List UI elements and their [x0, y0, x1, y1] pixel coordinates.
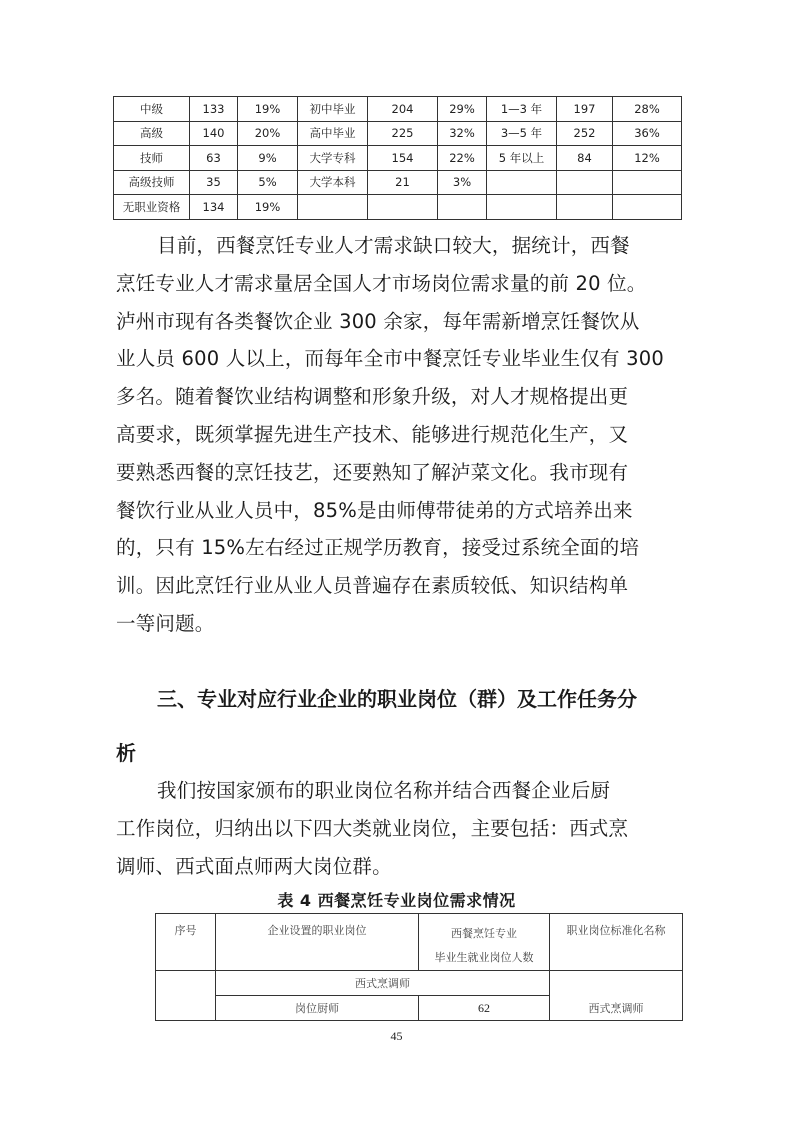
- paragraph-line: 业人员 600 人以上，而每年全市中餐烹饪专业毕业生仅有 300: [116, 340, 679, 378]
- std-name-cell: 西式烹调师: [550, 971, 683, 1021]
- positions-paragraph: 我们按国家颁布的职业岗位名称并结合西餐企业后厨 工作岗位，归纳出以下四大类就业岗…: [116, 772, 679, 885]
- table-cell: 204: [368, 97, 438, 122]
- section-heading: 三、专业对应行业企业的职业岗位（群）及工作任务分 析: [116, 672, 682, 780]
- table-cell: 20%: [238, 121, 298, 146]
- table-cell: [557, 195, 613, 220]
- table-row: 无职业资格 134 19%: [114, 195, 682, 220]
- paragraph-line: 目前，西餐烹饪专业人才需求缺口较大，据统计，西餐: [116, 227, 679, 265]
- paragraph-line: 泸州市现有各类餐饮企业 300 余家，每年需新增烹饪餐饮从: [116, 303, 679, 341]
- table-cell: 32%: [438, 121, 487, 146]
- table-cell: 22%: [438, 146, 487, 171]
- table-cell: [487, 170, 557, 195]
- page-number: 45: [0, 1029, 793, 1044]
- paragraph-line: 的，只有 15%左右经过正规学历教育，接受过系统全面的培: [116, 529, 679, 567]
- paragraph-line: 多名。随着餐饮业结构调整和形象升级，对人才规格提出更: [116, 378, 679, 416]
- group-cell: 西式烹调师: [216, 971, 550, 996]
- heading-line: 三、专业对应行业企业的职业岗位（群）及工作任务分: [116, 672, 682, 726]
- table-cell: 252: [557, 121, 613, 146]
- table-cell: 12%: [613, 146, 682, 171]
- table-cell: [613, 170, 682, 195]
- table-cell: 中级: [114, 97, 190, 122]
- table-cell: 19%: [238, 97, 298, 122]
- position-cell: 岗位厨师: [216, 996, 419, 1021]
- paragraph-line: 我们按国家颁布的职业岗位名称并结合西餐企业后厨: [116, 772, 679, 810]
- paragraph-line: 一等问题。: [116, 605, 679, 643]
- table-cell: 29%: [438, 97, 487, 122]
- table-cell: 197: [557, 97, 613, 122]
- table-cell: 3%: [438, 170, 487, 195]
- table-cell: [557, 170, 613, 195]
- position-demand-table: 序号 企业设置的职业岗位 西餐烹饪专业 毕业生就业岗位人数 职业岗位标准化名称 …: [155, 913, 683, 1021]
- table-cell: 19%: [238, 195, 298, 220]
- table-cell: 140: [190, 121, 238, 146]
- table-cell: 无职业资格: [114, 195, 190, 220]
- header-seq: 序号: [156, 914, 216, 971]
- table-cell: 1—3 年: [487, 97, 557, 122]
- table-cell: 高级技师: [114, 170, 190, 195]
- header-count-line1: 西餐烹饪专业: [419, 922, 549, 946]
- table-cell: [613, 195, 682, 220]
- table-cell: 技师: [114, 146, 190, 171]
- staff-stats-table: 中级 133 19% 初中毕业 204 29% 1—3 年 197 28% 高级…: [113, 96, 682, 220]
- paragraph-line: 高要求，既须掌握先进生产技术、能够进行规范化生产，又: [116, 416, 679, 454]
- table-cell: 21: [368, 170, 438, 195]
- table-cell: [298, 195, 368, 220]
- header-count-line2: 毕业生就业岗位人数: [419, 946, 549, 970]
- table-row: 高级技师 35 5% 大学本科 21 3%: [114, 170, 682, 195]
- table-row: 技师 63 9% 大学专科 154 22% 5 年以上 84 12%: [114, 146, 682, 171]
- table-cell: 35: [190, 170, 238, 195]
- table-cell: 5%: [238, 170, 298, 195]
- table-cell: 63: [190, 146, 238, 171]
- table-cell: 高中毕业: [298, 121, 368, 146]
- count-cell: 62: [419, 996, 550, 1021]
- header-std-name: 职业岗位标准化名称: [550, 914, 683, 971]
- table-row: 高级 140 20% 高中毕业 225 32% 3—5 年 252 36%: [114, 121, 682, 146]
- table-cell: 大学专科: [298, 146, 368, 171]
- table-header-row: 序号 企业设置的职业岗位 西餐烹饪专业 毕业生就业岗位人数 职业岗位标准化名称: [156, 914, 683, 971]
- paragraph-line: 烹饪专业人才需求量居全国人才市场岗位需求量的前 20 位。: [116, 265, 679, 303]
- table-cell: 134: [190, 195, 238, 220]
- table-cell: 133: [190, 97, 238, 122]
- table-cell: 3—5 年: [487, 121, 557, 146]
- table-cell: [368, 195, 438, 220]
- table-cell: 84: [557, 146, 613, 171]
- table-cell: [487, 195, 557, 220]
- table-caption: 表 4 西餐烹饪专业岗位需求情况: [0, 888, 793, 911]
- header-count: 西餐烹饪专业 毕业生就业岗位人数: [419, 914, 550, 971]
- table-cell: 9%: [238, 146, 298, 171]
- table-cell: [438, 195, 487, 220]
- paragraph-line: 工作岗位，归纳出以下四大类就业岗位，主要包括：西式烹: [116, 810, 679, 848]
- paragraph-line: 训。因此烹饪行业从业人员普遍存在素质较低、知识结构单: [116, 567, 679, 605]
- table-cell: 154: [368, 146, 438, 171]
- paragraph-line: 餐饮行业从业人员中，85%是由师傅带徒弟的方式培养出来: [116, 492, 679, 530]
- seq-cell: [156, 971, 216, 1021]
- table-row: 中级 133 19% 初中毕业 204 29% 1—3 年 197 28%: [114, 97, 682, 122]
- table-cell: 5 年以上: [487, 146, 557, 171]
- table-cell: 36%: [613, 121, 682, 146]
- table-cell: 28%: [613, 97, 682, 122]
- table-cell: 225: [368, 121, 438, 146]
- table-cell: 大学本科: [298, 170, 368, 195]
- table-cell: 初中毕业: [298, 97, 368, 122]
- demand-paragraph: 目前，西餐烹饪专业人才需求缺口较大，据统计，西餐 烹饪专业人才需求量居全国人才市…: [116, 227, 679, 643]
- header-position: 企业设置的职业岗位: [216, 914, 419, 971]
- paragraph-line: 调师、西式面点师两大岗位群。: [116, 848, 679, 886]
- paragraph-line: 要熟悉西餐的烹饪技艺，还要熟知了解泸菜文化。我市现有: [116, 454, 679, 492]
- table-group-row: 西式烹调师 西式烹调师: [156, 971, 683, 996]
- table-cell: 高级: [114, 121, 190, 146]
